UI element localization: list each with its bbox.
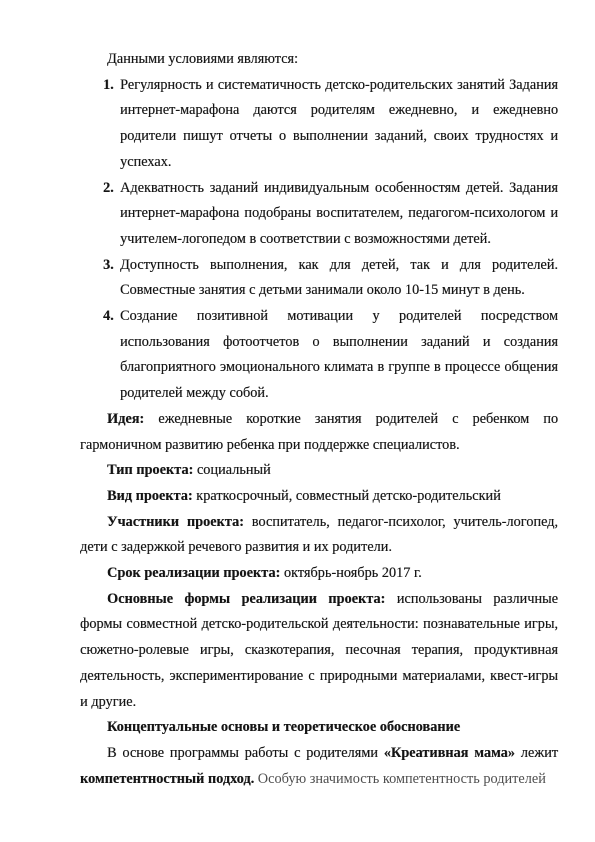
paragraph-label: Основные формы реализации проекта:: [107, 591, 385, 607]
paragraph-label: Вид проекта:: [107, 488, 193, 504]
intro-paragraph: Данными условиями являются:: [80, 47, 558, 73]
list-item-number: 4.: [103, 304, 120, 330]
document-page: Данными условиями являются: 1.Регулярнос…: [0, 0, 595, 842]
paragraph-timeline: Срок реализации проекта: октябрь-ноябрь …: [80, 561, 558, 587]
paragraph-text: октябрь-ноябрь 2017 г.: [280, 565, 421, 581]
program-name-bold: «Креативная мама»: [384, 745, 515, 761]
paragraph-final: В основе программы работы с родителями «…: [80, 741, 558, 792]
paragraph-project-type: Тип проекта: социальный: [80, 458, 558, 484]
list-item: 4.Создание позитивной мотивации у родите…: [80, 304, 558, 407]
paragraph-label: Идея:: [107, 411, 144, 427]
list-item-number: 2.: [103, 176, 120, 202]
paragraph-text: лежит: [515, 745, 558, 761]
paragraph-participants: Участники проекта: воспитатель, педагог-…: [80, 510, 558, 561]
paragraph-text: социальный: [193, 462, 270, 478]
section-heading: Концептуальные основы и теоретическое об…: [80, 715, 558, 741]
paragraph-text: ежедневные короткие занятия родителей с …: [80, 411, 558, 453]
list-item: 1.Регулярность и систематичность детско-…: [80, 73, 558, 176]
paragraph-text: использованы различные формы совместной …: [80, 591, 558, 710]
paragraph-label: Срок реализации проекта:: [107, 565, 280, 581]
list-item-text: Регулярность и систематичность детско-ро…: [120, 77, 558, 170]
faded-text: Особую значимость компетентность родител…: [254, 771, 546, 787]
approach-bold: компетентностный подход.: [80, 771, 254, 787]
paragraph-text: В основе программы работы с родителями: [107, 745, 384, 761]
list-item-number: 3.: [103, 253, 120, 279]
paragraph-project-kind: Вид проекта: краткосрочный, совместный д…: [80, 484, 558, 510]
list-item-text: Доступность выполнения, как для детей, т…: [120, 257, 558, 299]
paragraph-label: Участники проекта:: [107, 514, 244, 530]
paragraph-idea: Идея: ежедневные короткие занятия родите…: [80, 407, 558, 458]
paragraph-label: Тип проекта:: [107, 462, 193, 478]
list-item-number: 1.: [103, 73, 120, 99]
paragraph-text: краткосрочный, совместный детско-родител…: [193, 488, 501, 504]
list-item-text: Создание позитивной мотивации у родителе…: [120, 308, 558, 401]
list-item: 3.Доступность выполнения, как для детей,…: [80, 253, 558, 304]
list-item-text: Адекватность заданий индивидуальным особ…: [120, 180, 558, 247]
list-item: 2.Адекватность заданий индивидуальным ос…: [80, 176, 558, 253]
paragraph-main-forms: Основные формы реализации проекта: испол…: [80, 587, 558, 716]
